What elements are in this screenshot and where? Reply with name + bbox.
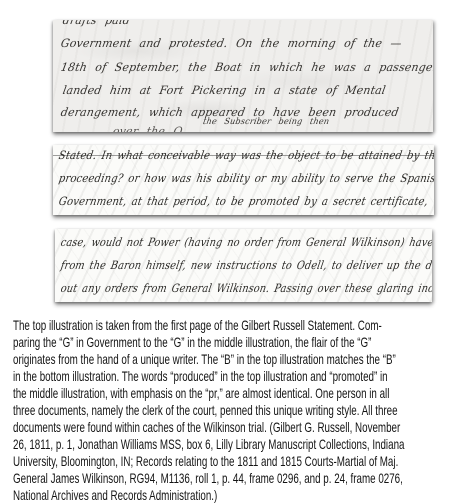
caption-line: paring the “G” in Government to the “G” …	[13, 334, 328, 351]
caption-line: 26, 1811, p. 1, Jonathan Williams MSS, b…	[13, 436, 328, 453]
caption-line: originates from the hand of a unique wri…	[13, 351, 328, 368]
caption-line: documents were found within caches of th…	[13, 419, 328, 436]
manuscript-line: 18th of September, the Boat in which he …	[60, 60, 433, 74]
caption-line: University, Bloomington, IN; Records rel…	[13, 453, 328, 470]
figure-caption: The top illustration is taken from the f…	[13, 317, 463, 503]
manuscript-line-clipped: over the O	[112, 124, 184, 132]
caption-line: The top illustration is taken from the f…	[13, 317, 328, 334]
manuscript-line: proceeding? or how was his ability or my…	[58, 171, 434, 185]
caption-line: three documents, namely the clerk of the…	[13, 402, 328, 419]
manuscript-line: Stated. In what conceivable way was the …	[58, 148, 434, 162]
manuscript-line: landed him at Fort Pickering in a state …	[62, 83, 387, 97]
manuscript-strip-top: drafts paid Government and protested. On…	[53, 20, 433, 132]
figure-page: drafts paid Government and protested. On…	[0, 0, 466, 503]
manuscript-line: Government and protested. On the morning…	[60, 36, 403, 50]
manuscript-strip-bottom: case, would not Power (having no order f…	[55, 229, 432, 302]
manuscript-line: drafts paid	[62, 20, 132, 27]
caption-line: General James Wilkinson, RG94, M1136, ro…	[13, 470, 328, 487]
manuscript-strip-middle: Stated. In what conceivable way was the …	[53, 145, 434, 215]
manuscript-line: from the Baron himself, new instructions…	[60, 258, 432, 272]
manuscript-line: case, would not Power (having no order f…	[60, 235, 432, 249]
caption-line: in the bottom illustration. The words “p…	[13, 368, 328, 385]
manuscript-interline-note: the Subscriber being then	[202, 117, 330, 127]
caption-line: National Archives and Records Administra…	[13, 487, 328, 503]
caption-line: the middle illustration, with emphasis o…	[13, 385, 328, 402]
manuscript-line: out any orders from General Wilkinson. P…	[60, 281, 432, 295]
manuscript-line: Government, at that period, to be promot…	[58, 194, 434, 208]
